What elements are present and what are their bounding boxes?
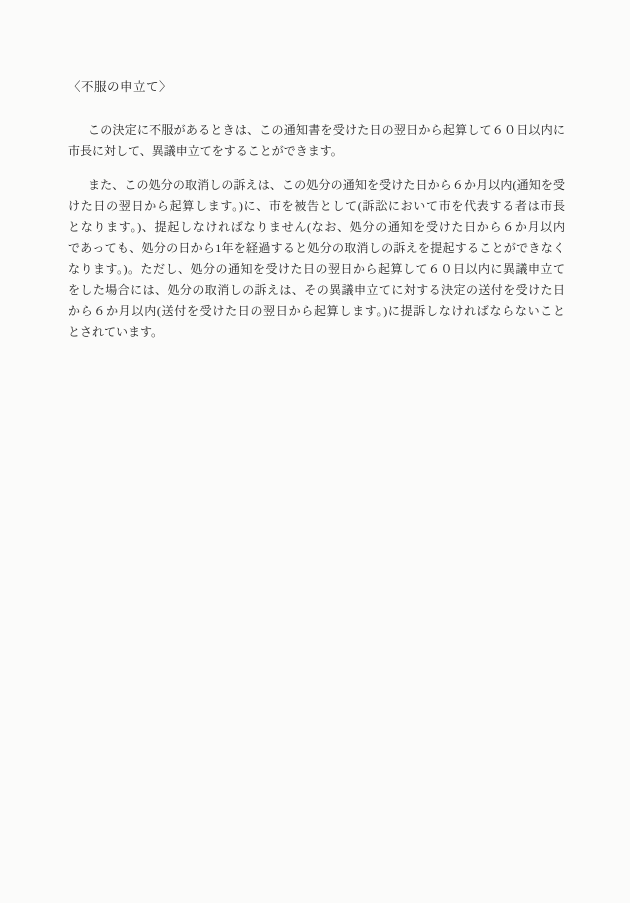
text-line: なります。)。ただし、処分の通知を受けた日の翌日から起算して６０日以内に異議申立… [68,259,565,280]
text-line: 市長に対して、異議申立てをすることができます。 [68,141,565,162]
text-line: けた日の翌日から起算します。)に、市を被告として(訴訟において市を代表する者は市… [68,196,565,217]
text-line: をした場合には、処分の取消しの訴えは、その異議申立てに対する決定の送付を受けた日 [68,280,565,301]
text-line: とされています。 [68,322,565,343]
document-page: 〈不服の申立て〉 この決定に不服があるときは、この通知書を受けた日の翌日から起算… [0,0,630,903]
text-line: から６か月以内(送付を受けた日の翌日から起算します。)に提訴しなければならないこ… [68,301,565,322]
document-content: 〈不服の申立て〉 この決定に不服があるときは、この通知書を受けた日の翌日から起算… [68,77,565,343]
text-line: この決定に不服があるときは、この通知書を受けた日の翌日から起算して６０日以内に [68,120,565,141]
paragraph-revocation-suit: また、この処分の取消しの訴えは、この処分の通知を受けた日から６か月以内(通知を受… [68,175,565,343]
text-line: となります。)、提起しなければなりません(なお、処分の通知を受けた日から６か月以… [68,217,565,238]
paragraph-objection: この決定に不服があるときは、この通知書を受けた日の翌日から起算して６０日以内に … [68,120,565,162]
section-heading: 〈不服の申立て〉 [68,77,565,98]
text-line: また、この処分の取消しの訴えは、この処分の通知を受けた日から６か月以内(通知を受 [68,175,565,196]
text-line: であっても、処分の日から1年を経過すると処分の取消しの訴えを提起することができな… [68,238,565,259]
